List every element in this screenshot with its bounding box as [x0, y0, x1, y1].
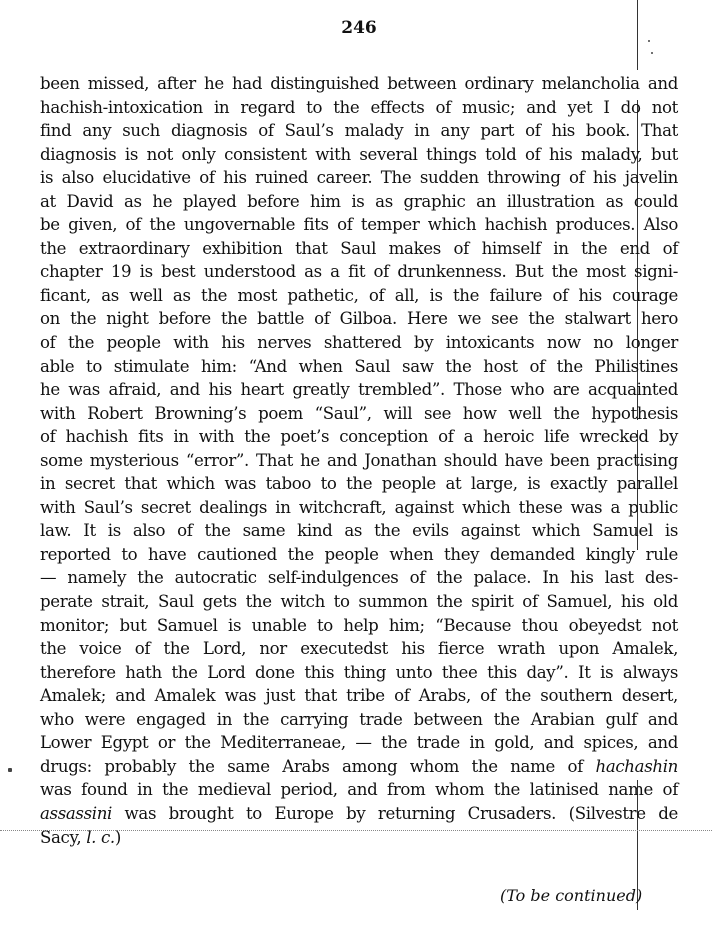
text-line: on the night before the battle of Gilboa… — [40, 307, 678, 331]
text-line: reported to have cautioned the people wh… — [40, 543, 678, 567]
text-line: be given, of the ungovernable fits of te… — [40, 213, 678, 237]
text-line: in secret that which was taboo to the pe… — [40, 472, 678, 496]
scan-speck — [648, 40, 650, 42]
text-line: assassini was brought to Europe by retur… — [40, 802, 678, 826]
text-line: Amalek; and Amalek was just that tribe o… — [40, 684, 678, 708]
text-line: find any such diagnosis of Saul’s malady… — [40, 119, 678, 143]
text-line: been missed, after he had distinguished … — [40, 72, 678, 96]
text-line: drugs: probably the same Arabs among who… — [40, 755, 678, 779]
text-line: he was afraid, and his heart greatly tre… — [40, 378, 678, 402]
text-line: ficant, as well as the most pathetic, of… — [40, 284, 678, 308]
text-line: chapter 19 is best understood as a fit o… — [40, 260, 678, 284]
to-be-continued-note: (To be continued) — [500, 886, 642, 905]
text-line: of hachish fits in with the poet’s conce… — [40, 425, 678, 449]
text-segment: was brought to Europe by returning Crusa… — [112, 804, 678, 823]
scan-gutter-line — [637, 0, 638, 70]
italic-term: l. c. — [86, 828, 115, 847]
text-line: of the people with his nerves shattered … — [40, 331, 678, 355]
text-line: is also elucidative of his ruined career… — [40, 166, 678, 190]
text-segment: ) — [115, 828, 121, 847]
text-line: — namely the autocratic self-indulgences… — [40, 566, 678, 590]
text-line: Lower Egypt or the Mediterraneae, — the … — [40, 731, 678, 755]
scan-speck — [8, 768, 12, 772]
text-line: some mysterious “error”. That he and Jon… — [40, 449, 678, 473]
text-line: law. It is also of the same kind as the … — [40, 519, 678, 543]
text-segment: drugs: probably the same Arabs among who… — [40, 757, 595, 776]
text-line: was found in the medieval period, and fr… — [40, 778, 678, 802]
text-line: the voice of the Lord, nor executedst hi… — [40, 637, 678, 661]
text-segment: Sacy, — [40, 828, 86, 847]
text-line: therefore hath the Lord done this thing … — [40, 661, 678, 685]
text-line: diagnosis is not only consistent with se… — [40, 143, 678, 167]
text-line: hachish-intoxication in regard to the ef… — [40, 96, 678, 120]
text-line: monitor; but Samuel is unable to help hi… — [40, 614, 678, 638]
scan-speck — [651, 52, 653, 54]
text-line: perate strait, Saul gets the witch to su… — [40, 590, 678, 614]
text-line: the extraordinary exhibition that Saul m… — [40, 237, 678, 261]
text-line: Sacy, l. c.) — [40, 826, 678, 850]
text-line: who were engaged in the carrying trade b… — [40, 708, 678, 732]
text-line: with Robert Browning’s poem “Saul”, will… — [40, 402, 678, 426]
page-number: 246 — [0, 18, 712, 38]
text-line: able to stimulate him: “And when Saul sa… — [40, 355, 678, 379]
italic-term: hachashin — [595, 757, 678, 776]
italic-term: assassini — [40, 804, 112, 823]
body-text: been missed, after he had distinguished … — [40, 72, 678, 849]
text-line: with Saul’s secret dealings in witchcraf… — [40, 496, 678, 520]
text-line: at David as he played before him is as g… — [40, 190, 678, 214]
